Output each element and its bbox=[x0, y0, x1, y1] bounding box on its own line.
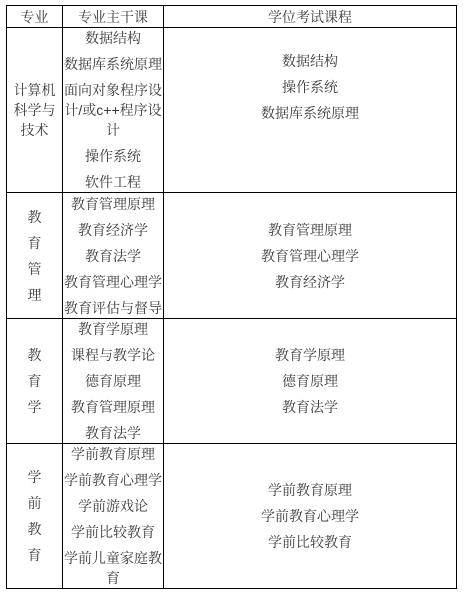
major-line: 育 bbox=[28, 233, 42, 253]
course-item: 面向对象程序设计/或c++程序设计 bbox=[64, 80, 162, 140]
course-item: 学前儿童家庭教育 bbox=[64, 548, 162, 588]
majors-courses-table: 专业 专业主干课 学位考试课程 计算机 科学与 技术 数据结构 数据库系统原理 … bbox=[6, 5, 457, 589]
course-item: 教育评估与督导 bbox=[64, 298, 162, 318]
course-item: 软件工程 bbox=[85, 172, 141, 192]
exam-course-item: 教育经济学 bbox=[275, 272, 345, 292]
exam-course-item: 教育管理心理学 bbox=[261, 246, 359, 266]
major-cell-computer-science: 计算机 科学与 技术 bbox=[7, 28, 63, 193]
exam-course-item: 教育管理原理 bbox=[268, 220, 352, 240]
core-courses-cell: 教育学原理 课程与教学论 德育原理 教育管理原理 教育法学 bbox=[63, 319, 164, 444]
degree-exam-courses-cell: 学前教育原理 学前教育心理学 学前比较教育 bbox=[164, 444, 457, 589]
course-item: 操作系统 bbox=[85, 146, 141, 166]
course-item: 教育经济学 bbox=[78, 220, 148, 240]
course-item: 学前游戏论 bbox=[78, 496, 148, 516]
exam-course-item: 学前教育心理学 bbox=[261, 506, 359, 526]
degree-exam-courses-cell: 教育学原理 德育原理 教育法学 bbox=[164, 319, 457, 444]
exam-course-item: 数据结构 bbox=[282, 51, 338, 71]
major-cell-preschool-education: 学 前 教 育 bbox=[7, 444, 63, 589]
core-courses-cell: 教育管理原理 教育经济学 教育法学 教育管理心理学 教育评估与督导 bbox=[63, 193, 164, 319]
major-line: 教 bbox=[28, 207, 42, 227]
course-item: 教育管理原理 bbox=[71, 194, 155, 214]
course-item: 教育管理心理学 bbox=[64, 272, 162, 292]
major-line: 育 bbox=[28, 545, 42, 565]
exam-course-item: 学前教育原理 bbox=[268, 480, 352, 500]
header-cell-core-courses: 专业主干课 bbox=[63, 6, 164, 28]
major-line: 理 bbox=[28, 285, 42, 305]
degree-exam-courses-cell: 数据结构 操作系统 数据库系统原理 bbox=[164, 28, 457, 193]
exam-course-item: 教育法学 bbox=[282, 397, 338, 417]
course-item: 教育管理原理 bbox=[71, 397, 155, 417]
exam-course-item: 教育学原理 bbox=[275, 345, 345, 365]
major-line: 教 bbox=[28, 519, 42, 539]
major-cell-education-management: 教 育 管 理 bbox=[7, 193, 63, 319]
core-courses-cell: 数据结构 数据库系统原理 面向对象程序设计/或c++程序设计 操作系统 软件工程 bbox=[63, 28, 164, 193]
major-line: 计算机 bbox=[14, 80, 56, 100]
course-item: 课程与教学论 bbox=[71, 345, 155, 365]
course-item: 教育法学 bbox=[85, 423, 141, 443]
major-line: 管 bbox=[28, 259, 42, 279]
major-line: 教 bbox=[28, 345, 42, 365]
course-item: 数据结构 bbox=[85, 28, 141, 48]
major-line: 前 bbox=[28, 493, 42, 513]
core-courses-cell: 学前教育原理 学前教育心理学 学前游戏论 学前比较教育 学前儿童家庭教育 bbox=[63, 444, 164, 589]
major-line: 学 bbox=[28, 467, 42, 487]
exam-course-item: 学前比较教育 bbox=[268, 532, 352, 552]
course-item: 教育学原理 bbox=[78, 319, 148, 339]
course-item: 学前教育心理学 bbox=[64, 470, 162, 490]
major-line: 学 bbox=[28, 397, 42, 417]
exam-course-item: 德育原理 bbox=[282, 371, 338, 391]
course-item: 学前比较教育 bbox=[71, 522, 155, 542]
exam-course-item: 操作系统 bbox=[282, 77, 338, 97]
header-cell-major: 专业 bbox=[7, 6, 63, 28]
major-cell-pedagogy: 教 育 学 bbox=[7, 319, 63, 444]
degree-exam-courses-cell: 教育管理原理 教育管理心理学 教育经济学 bbox=[164, 193, 457, 319]
course-item: 数据库系统原理 bbox=[64, 54, 162, 74]
header-cell-degree-exam-courses: 学位考试课程 bbox=[164, 6, 457, 28]
course-item: 教育法学 bbox=[85, 246, 141, 266]
major-line: 科学与 bbox=[14, 100, 56, 120]
course-item: 德育原理 bbox=[85, 371, 141, 391]
course-item: 学前教育原理 bbox=[71, 444, 155, 464]
major-line: 技术 bbox=[21, 120, 49, 140]
exam-course-item: 数据库系统原理 bbox=[261, 103, 359, 123]
major-line: 育 bbox=[28, 371, 42, 391]
